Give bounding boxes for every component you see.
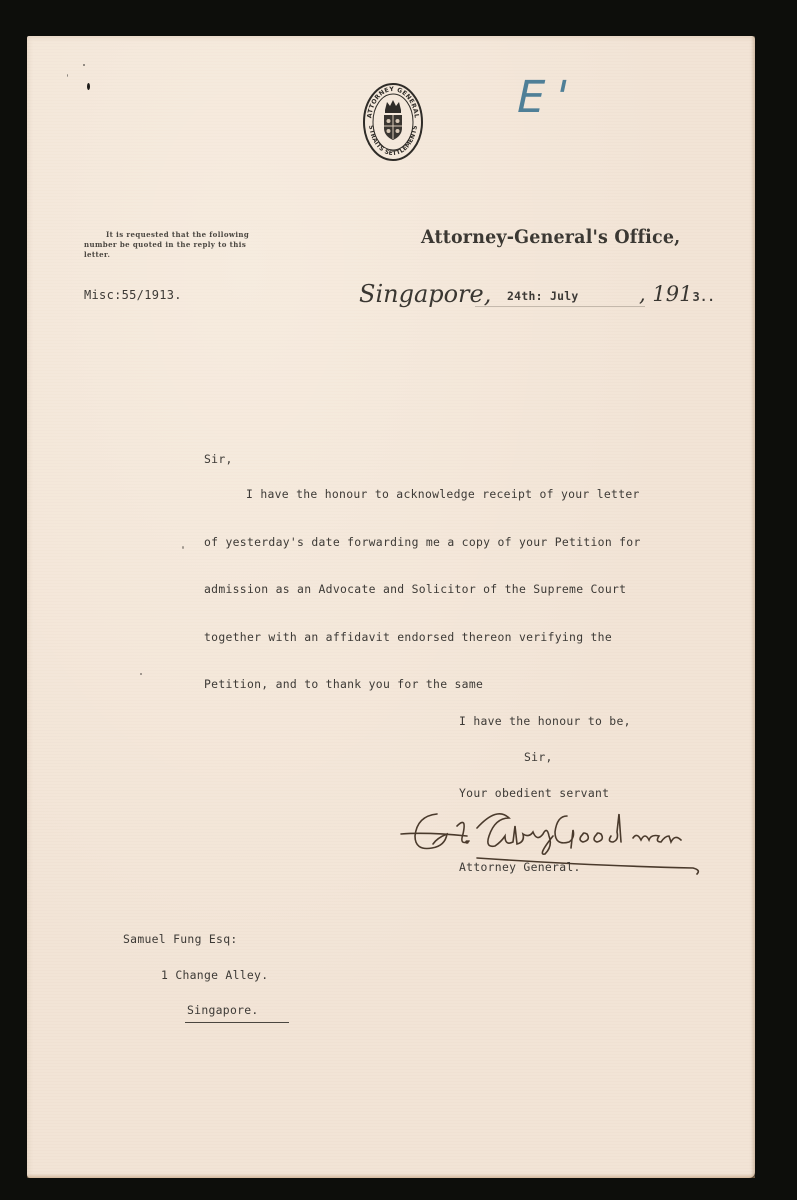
date-blank-line bbox=[475, 306, 645, 307]
archive-annotation-mark: E' bbox=[512, 72, 583, 123]
date-year-typed: 3.. bbox=[692, 290, 715, 304]
office-heading: Attorney-General's Office, bbox=[421, 226, 680, 248]
recipient-name: Samuel Fung Esq: bbox=[123, 932, 238, 946]
signatory-title: Attorney General. bbox=[459, 860, 581, 874]
reference-note: It is requested that the following numbe… bbox=[84, 230, 274, 260]
closing-line: I have the honour to be, bbox=[459, 714, 631, 728]
closing-line: Sir, bbox=[524, 750, 553, 764]
reference-note-line: number be quoted in the reply to this bbox=[84, 240, 274, 250]
reference-note-line: It is requested that the following bbox=[84, 230, 274, 240]
reference-number: Misc:55/1913. bbox=[84, 288, 182, 302]
page-edge-shadow bbox=[27, 1174, 755, 1178]
ink-speck bbox=[67, 74, 68, 77]
ink-speck bbox=[87, 83, 90, 90]
reference-note-line: letter. bbox=[84, 250, 274, 260]
body-line: I have the honour to acknowledge receipt… bbox=[246, 487, 640, 501]
ink-speck bbox=[140, 673, 142, 675]
recipient-underline bbox=[185, 1022, 289, 1023]
place-name: Singapore, bbox=[359, 280, 491, 308]
recipient-address: 1 Change Alley. bbox=[161, 968, 268, 982]
body-line: of yesterday's date forwarding me a copy… bbox=[204, 535, 641, 549]
ink-speck bbox=[83, 64, 85, 66]
body-line: Petition, and to thank you for the same bbox=[204, 677, 483, 691]
letter-page: ATTORNEY GENERAL STRAITS SETTLEMENTS E' … bbox=[27, 36, 755, 1178]
salutation: Sir, bbox=[204, 452, 233, 466]
ink-speck bbox=[182, 546, 184, 549]
recipient-city: Singapore. bbox=[187, 1003, 259, 1017]
body-line: admission as an Advocate and Solicitor o… bbox=[204, 582, 626, 596]
date-day-month: 24th: July bbox=[507, 289, 579, 303]
date-year-printed: , 191 bbox=[639, 282, 692, 306]
page-edge-shadow bbox=[751, 36, 755, 1178]
crest-seal-icon: ATTORNEY GENERAL STRAITS SETTLEMENTS bbox=[361, 76, 425, 162]
date-year: , 1913.. bbox=[639, 282, 715, 306]
body-line: together with an affidavit endorsed ther… bbox=[204, 630, 612, 644]
